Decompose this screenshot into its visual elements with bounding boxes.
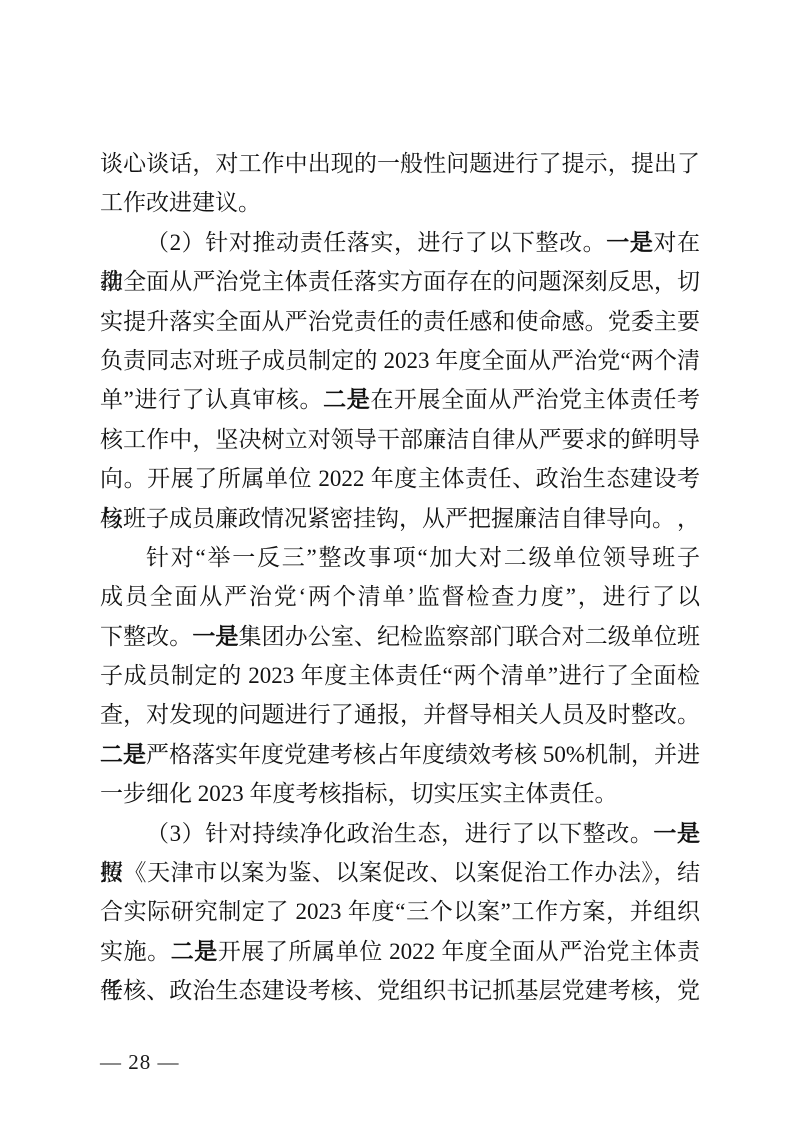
text-line: 一步细化 2023 年度考核指标，切实压实主体责任。 bbox=[100, 774, 700, 813]
text-line: 工作改进建议。 bbox=[100, 183, 700, 222]
document-body: 谈心谈话，对工作中出现的一般性问题进行了提示，提出了工作改进建议。（2）针对推动… bbox=[100, 144, 700, 1011]
text-line: 成员全面从严治党‘两个清单’监督检查力度”，进行了以 bbox=[100, 577, 700, 616]
text-run: 查，对发现的问题进行了通报，并督导相关人员及时整改。 bbox=[100, 702, 700, 727]
text-run: 实施。 bbox=[100, 939, 171, 964]
text-line: 负责同志对班子成员制定的 2023 年度全面从严治党“两个清 bbox=[100, 341, 700, 380]
text-run: 针对“举一反三”整改事项“加大对二级单位领导班子 bbox=[146, 545, 700, 570]
text-line: 向。开展了所属单位 2022 年度主体责任、政治生态建设考核， bbox=[100, 459, 700, 498]
text-run: 实提升落实全面从严治党责任的责任感和使命感。党委主要 bbox=[100, 309, 700, 334]
text-line: 针对“举一反三”整改事项“加大对二级单位领导班子 bbox=[100, 538, 700, 577]
text-run: 核工作中，坚决树立对领导干部廉洁自律从严要求的鲜明导 bbox=[100, 427, 700, 452]
text-line: 谈心谈话，对工作中出现的一般性问题进行了提示，提出了 bbox=[100, 144, 700, 183]
text-run: 工作改进建议。 bbox=[100, 190, 261, 215]
text-line: 照《天津市以案为鉴、以案促改、以案促治工作办法》，结 bbox=[100, 853, 700, 892]
text-line: 实提升落实全面从严治党责任的责任感和使命感。党委主要 bbox=[100, 302, 700, 341]
text-run: 考核、政治生态建设考核、党组织书记抓基层党建考核，党 bbox=[100, 978, 700, 1003]
text-line: 考核、政治生态建设考核、党组织书记抓基层党建考核，党 bbox=[100, 971, 700, 1010]
text-line: （2）针对推动责任落实，进行了以下整改。一是对在推 bbox=[100, 223, 700, 262]
text-run: 子成员制定的 2023 年度主体责任“两个清单”进行了全面检 bbox=[100, 663, 700, 688]
text-run: 谈心谈话，对工作中出现的一般性问题进行了提示，提出了 bbox=[100, 151, 700, 176]
emphasis-run: 一是 bbox=[606, 230, 653, 255]
text-line: 二是严格落实年度党建考核占年度绩效考核 50%机制，并进 bbox=[100, 735, 700, 774]
text-run: 动全面从严治党主体责任落实方面存在的问题深刻反思，切 bbox=[100, 269, 700, 294]
text-line: 下整改。一是集团办公室、纪检监察部门联合对二级单位班 bbox=[100, 617, 700, 656]
text-run: 合实际研究制定了 2023 年度“三个以案”工作方案，并组织 bbox=[100, 899, 700, 924]
text-run: 负责同志对班子成员制定的 2023 年度全面从严治党“两个清 bbox=[100, 348, 700, 373]
text-run: 一步细化 2023 年度考核指标，切实压实主体责任。 bbox=[100, 781, 618, 806]
text-run: （3）针对持续净化政治生态，进行了以下整改。 bbox=[146, 821, 653, 846]
text-line: 查，对发现的问题进行了通报，并督导相关人员及时整改。 bbox=[100, 695, 700, 734]
emphasis-run: 二是 bbox=[171, 939, 218, 964]
text-run: 在开展全面从严治党主体责任考 bbox=[370, 387, 700, 412]
text-line: 核工作中，坚决树立对领导干部廉洁自律从严要求的鲜明导 bbox=[100, 420, 700, 459]
text-line: 单”进行了认真审核。二是在开展全面从严治党主体责任考 bbox=[100, 380, 700, 419]
text-line: 与班子成员廉政情况紧密挂钩，从严把握廉洁自律导向。 bbox=[100, 499, 700, 538]
text-run: 集团办公室、纪检监察部门联合对二级单位班 bbox=[239, 624, 701, 649]
text-run: 与班子成员廉政情况紧密挂钩，从严把握廉洁自律导向。 bbox=[100, 506, 675, 531]
page-number: — 28 — bbox=[100, 1050, 180, 1075]
text-run: 单”进行了认真审核。 bbox=[100, 387, 323, 412]
text-line: 动全面从严治党主体责任落实方面存在的问题深刻反思，切 bbox=[100, 262, 700, 301]
emphasis-run: 二是 bbox=[323, 387, 370, 412]
text-line: （3）针对持续净化政治生态，进行了以下整改。一是按 bbox=[100, 814, 700, 853]
emphasis-run: 二是 bbox=[100, 742, 146, 767]
document-page: 谈心谈话，对工作中出现的一般性问题进行了提示，提出了工作改进建议。（2）针对推动… bbox=[0, 0, 800, 1131]
text-run: 照《天津市以案为鉴、以案促改、以案促治工作办法》，结 bbox=[100, 860, 700, 885]
text-line: 合实际研究制定了 2023 年度“三个以案”工作方案，并组织 bbox=[100, 892, 700, 931]
text-line: 子成员制定的 2023 年度主体责任“两个清单”进行了全面检 bbox=[100, 656, 700, 695]
emphasis-run: 一是 bbox=[192, 624, 238, 649]
text-line: 实施。二是开展了所属单位 2022 年度全面从严治党主体责任 bbox=[100, 932, 700, 971]
text-run: 成员全面从严治党‘两个清单’监督检查力度”，进行了以 bbox=[100, 584, 700, 609]
text-run: 严格落实年度党建考核占年度绩效考核 50%机制，并进 bbox=[146, 742, 700, 767]
text-run: （2）针对推动责任落实，进行了以下整改。 bbox=[146, 230, 606, 255]
text-run: 下整改。 bbox=[100, 624, 192, 649]
emphasis-run: 一是 bbox=[653, 821, 700, 846]
